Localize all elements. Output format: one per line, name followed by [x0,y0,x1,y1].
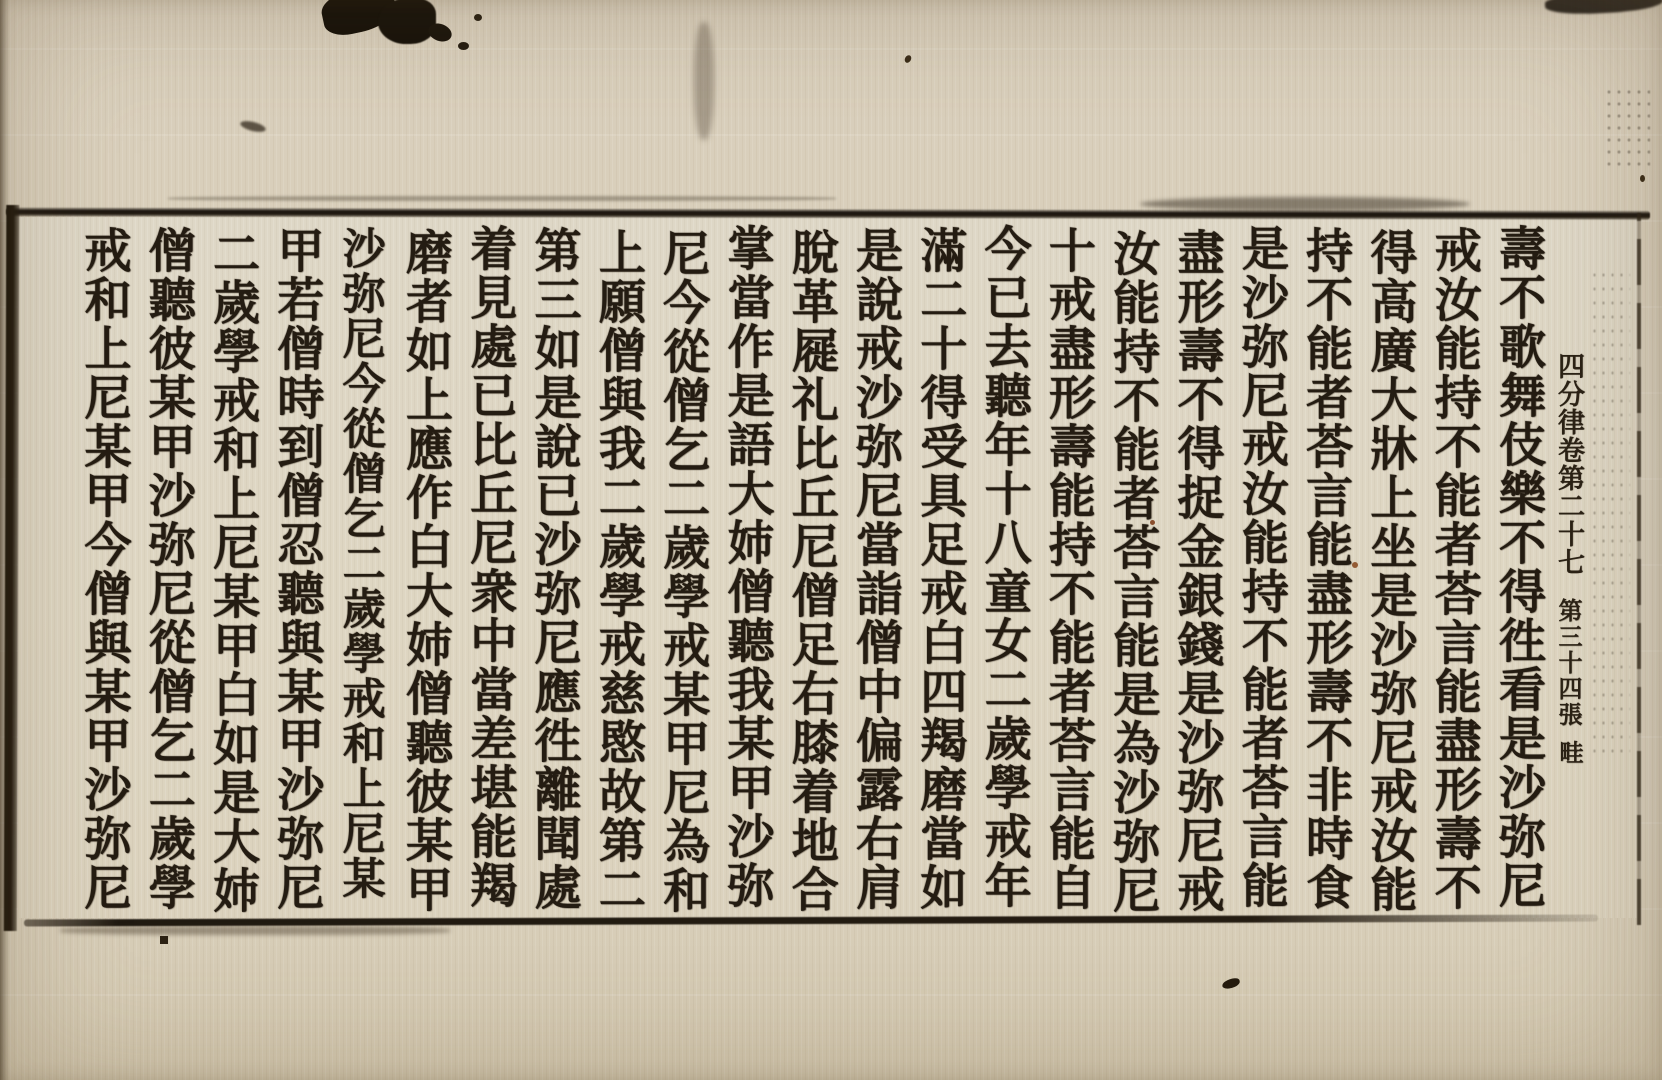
text-column-10: 滿二十得受具足戒白四羯磨當如 [907,226,971,912]
text-column-15: 上願僧與我二歲學戒慈愍故第二 [586,228,650,914]
ink-stain [160,936,168,944]
ink-stain [239,119,266,134]
ink-stain [1545,0,1662,16]
sheet-number: 第三十四張 [1551,598,1586,728]
text-column-20: 甲若僧時到僧忍聽與某甲沙弥尼 [264,226,328,912]
ink-smudge [694,22,714,140]
ink-smudge [168,196,836,201]
ink-stain [426,20,454,44]
ink-stain [474,14,482,21]
ink-stain [903,54,912,64]
text-column-16: 第三如是說已沙弥尼應徃離聞處 [521,226,585,912]
manuscript-page: 四分律卷第二十七 第三十四張 畦 壽不歌舞伎樂不得徃看是沙弥尼 戒汝能持不能者荅… [0,0,1662,1080]
text-column-17: 着見處已比丘尼衆中當差堪能羯 [457,224,521,910]
ink-stain [318,0,399,39]
text-column-22: 僧聽彼某甲沙弥尼從僧乞二歲學 [135,226,199,912]
text-column-23: 戒和上尼某甲今僧與某甲沙弥尼 [71,226,135,912]
text-column-19: 沙弥尼今從僧乞二歲學戒和上尼某 [328,226,392,912]
text-column-06: 盡形壽不得捉金銀錢是沙弥尼戒 [1164,228,1228,914]
text-column-12: 脫革屣礼比丘尼僧足右膝着地合 [778,228,842,914]
text-column-21: 二歲學戒和上尼某甲白如是大姉 [200,229,264,915]
text-column-05: 是沙弥尼戒汝能持不能者荅言能 [1229,224,1293,910]
text-column-09: 今已去聽年十八童女二歲學戒年 [971,224,1035,910]
ink-stain [1221,977,1241,990]
text-column-04: 持不能者荅言能盡形壽不非時食 [1293,226,1357,912]
scan-edge-shadow [0,0,9,1080]
ink-stain [1640,175,1645,182]
text-column-11: 是說戒沙弥尼當詣僧中偏露右肩 [843,226,907,912]
text-column-02: 戒汝能持不能者荅言能盡形壽不 [1421,226,1485,912]
carver-mark: 畦 [1552,740,1587,764]
frame-border-right [1637,213,1641,925]
text-column-18: 磨者如上應作白大姉僧聽彼某甲 [393,228,457,914]
volume-title: 四分律卷第二十七 [1549,352,1588,576]
text-column-03: 得高廣大牀上坐是沙弥尼戒汝能 [1357,228,1421,914]
sutra-text-block: 壽不歌舞伎樂不得徃看是沙弥尼 戒汝能持不能者荅言能盡形壽不 得高廣大牀上坐是沙弥… [70,226,1550,912]
text-column-08: 十戒盡形壽能持不能者荅言能自 [1036,226,1100,912]
text-column-14: 尼今從僧乞二歲學戒某甲尼為和 [650,229,714,915]
ink-stain [458,42,469,50]
text-column-13: 掌當作是語大姉僧聽我某甲沙弥 [714,224,778,910]
text-column-07: 汝能持不能者荅言能是為沙弥尼 [1100,229,1164,915]
ink-speckles [1604,86,1650,174]
ink-stain [378,0,436,44]
text-column-01: 壽不歌舞伎樂不得徃看是沙弥尼 [1486,224,1550,910]
ink-smudge [60,926,450,935]
